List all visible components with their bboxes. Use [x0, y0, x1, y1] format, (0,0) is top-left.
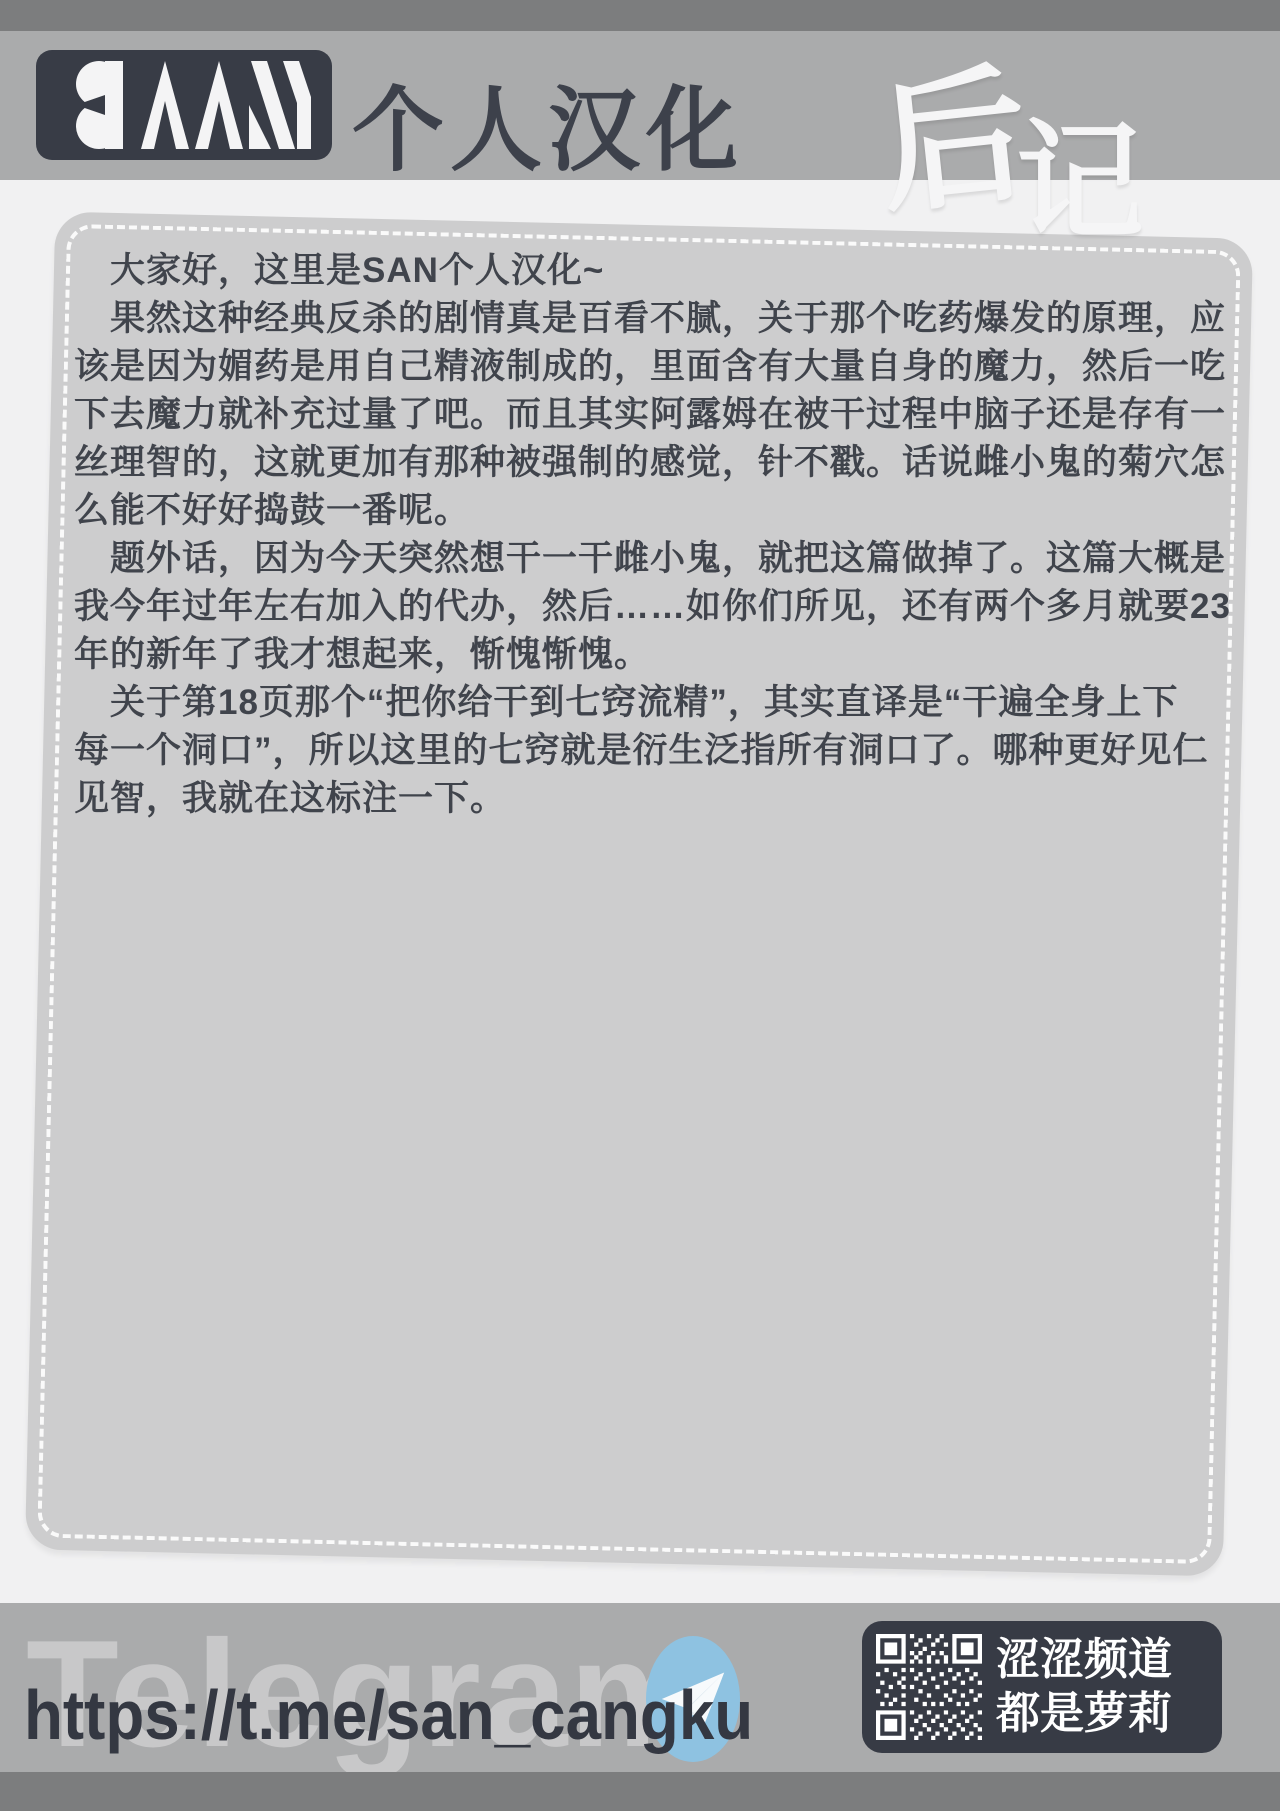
channel-caption-line2: 都是萝莉 — [996, 1687, 1172, 1741]
channel-panel: 涩涩频道 都是萝莉 — [862, 1621, 1222, 1753]
afterword-text-line: 年的新年了我才想起来，惭愧惭愧。 — [74, 631, 1230, 679]
afterword-text-line: 见智，我就在这标注一下。 — [74, 775, 1230, 823]
top-strip-decor — [0, 0, 1280, 31]
page-badge-hou: 后 — [867, 16, 1036, 242]
footer-band: Telegram https://t.me/san_cangku — [0, 1603, 1280, 1772]
afterword-text-line: 丝理智的，这就更加有那种被强制的感觉，针不戳。话说雌小鬼的菊穴怎 — [74, 439, 1230, 487]
afterword-text-line: 果然这种经典反杀的剧情真是百看不腻，关于那个吃药爆发的原理，应 — [74, 295, 1230, 343]
qr-code-icon — [876, 1634, 982, 1740]
afterword-text: 大家好，这里是SAN个人汉化~ 果然这种经典反杀的剧情真是百看不腻，关于那个吃药… — [74, 247, 1230, 823]
page-badge-ji: 记 — [1016, 79, 1144, 263]
afterword-page: 个人汉化 后 记 大家好，这里是SAN个人汉化~ 果然这种经典反杀的剧情真是百看… — [0, 0, 1280, 1811]
channel-caption: 涩涩频道 都是萝莉 — [996, 1633, 1172, 1740]
header-band: 个人汉化 后 记 — [0, 31, 1280, 180]
bottom-strip-decor — [0, 1772, 1280, 1811]
san-wordmark-icon — [53, 59, 315, 151]
telegram-link[interactable]: https://t.me/san_cangku — [24, 1675, 753, 1755]
afterword-text-line: 关于第18页那个“把你给干到七窍流精”，其实直译是“干遍全身上下 — [74, 679, 1230, 727]
afterword-text-line: 该是因为媚药是用自己精液制成的，里面含有大量自身的魔力，然后一吃 — [74, 343, 1230, 391]
brand-title: 个人汉化 — [352, 57, 744, 189]
channel-caption-line1: 涩涩频道 — [996, 1633, 1172, 1687]
san-logo — [36, 50, 332, 160]
afterword-text-line: 每一个洞口”，所以这里的七窍就是衍生泛指所有洞口了。哪种更好见仁 — [74, 727, 1230, 775]
afterword-text-line: 么能不好好捣鼓一番呢。 — [74, 487, 1230, 535]
afterword-box: 大家好，这里是SAN个人汉化~ 果然这种经典反杀的剧情真是百看不腻，关于那个吃药… — [25, 212, 1253, 1577]
afterword-text-line: 题外话，因为今天突然想干一干雌小鬼，就把这篇做掉了。这篇大概是 — [74, 535, 1230, 583]
afterword-text-line: 我今年过年左右加入的代办，然后……如你们所见，还有两个多月就要23 — [74, 583, 1230, 631]
afterword-text-line: 下去魔力就补充过量了吧。而且其实阿露姆在被干过程中脑子还是存有一 — [74, 391, 1230, 439]
